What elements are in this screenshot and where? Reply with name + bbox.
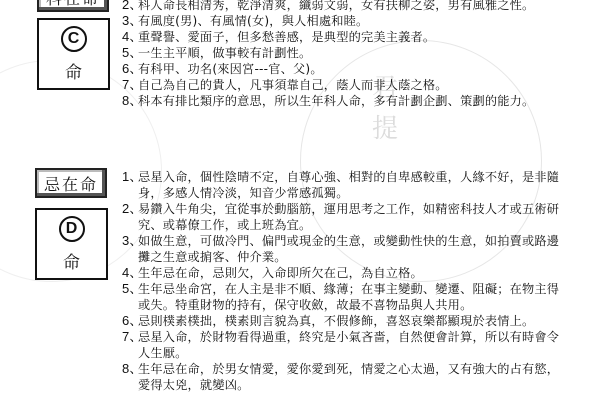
list-item: 7、自己為自己的貴人，凡事須靠自己，蔭人而非人蔭之格。 — [122, 77, 592, 93]
section-c-label: 科在命 — [37, 0, 109, 12]
list-item: 3、有風度(男)、有風情(女)，與人相處和睦。 — [122, 13, 592, 29]
list-item: 8、生年忌在命，於男女情愛，愛你愛到死，情愛之心太過，又有強大的占有慾，愛得太兇… — [122, 361, 562, 393]
list-item: 1、忌星入命，個性陰晴不定，自尊心強、相對的自卑感較重，人緣不好，是非隨身，多感… — [122, 169, 562, 201]
list-item: 4、生年忌在命，忌則欠，入命即所欠在己，為自立格。 — [122, 265, 562, 281]
section-c-symbol-char: 命 — [65, 58, 82, 83]
list-item: 2、易鑽入牛角尖，宜從事於動腦筋，運用思考之工作，如精密科技人才或五術研究、或幕… — [122, 201, 562, 233]
section-c-symbol-box: C 命 — [37, 18, 110, 90]
list-item: 6、忌則樸素樸拙，樸素則言貌為真，不假修飾，喜怒哀樂都顯現於表情上。 — [122, 313, 562, 329]
section-d-label: 忌在命 — [35, 168, 107, 198]
section-d-symbol-char: 命 — [63, 248, 80, 273]
section-d-label-text: 忌在命 — [44, 172, 98, 195]
section-c-label-text: 科在命 — [46, 0, 100, 9]
list-item: 8、科本有排比類序的意思，所以生年科人命，多有計劃企劃、策劃的能力。 — [122, 93, 592, 109]
watermark-char-2: 提 — [372, 108, 398, 145]
list-item: 4、重聲譽、愛面子，但多愁善感，是典型的完美主義者。 — [122, 29, 592, 45]
section-d-symbol-box: D 命 — [35, 208, 108, 280]
list-item: 7、忌星入命，於財物看得過重，終究是小氣吝嗇，自然便會計算，所以有時會令人生厭。 — [122, 329, 562, 361]
section-d-list: 1、忌星入命，個性陰晴不定，自尊心強、相對的自卑感較重，人緣不好，是非隨身，多感… — [122, 169, 562, 393]
circled-c-icon: C — [61, 26, 87, 52]
list-item: 6、有科甲、功名(來因宮---官、父)。 — [122, 61, 592, 77]
section-c-list: 2、科人命長相清秀，乾淨清爽，纖弱文弱，女有扶柳之姿，男有風雅之性。 3、有風度… — [122, 0, 592, 109]
list-item: 3、如做生意，可做冷門、偏門或現金的生意，或變動性快的生意，如拍賣或路邊攤之生意… — [122, 233, 562, 265]
list-item: 5、一生主平順，做事較有計劃性。 — [122, 45, 592, 61]
list-item: 2、科人命長相清秀，乾淨清爽，纖弱文弱，女有扶柳之姿，男有風雅之性。 — [122, 0, 592, 13]
list-item: 5、生年忌坐命宮，在人主是非不順、緣薄；在事主變動、變遷、阻礙；在物主得或失。特… — [122, 281, 562, 313]
circled-d-icon: D — [59, 216, 85, 242]
